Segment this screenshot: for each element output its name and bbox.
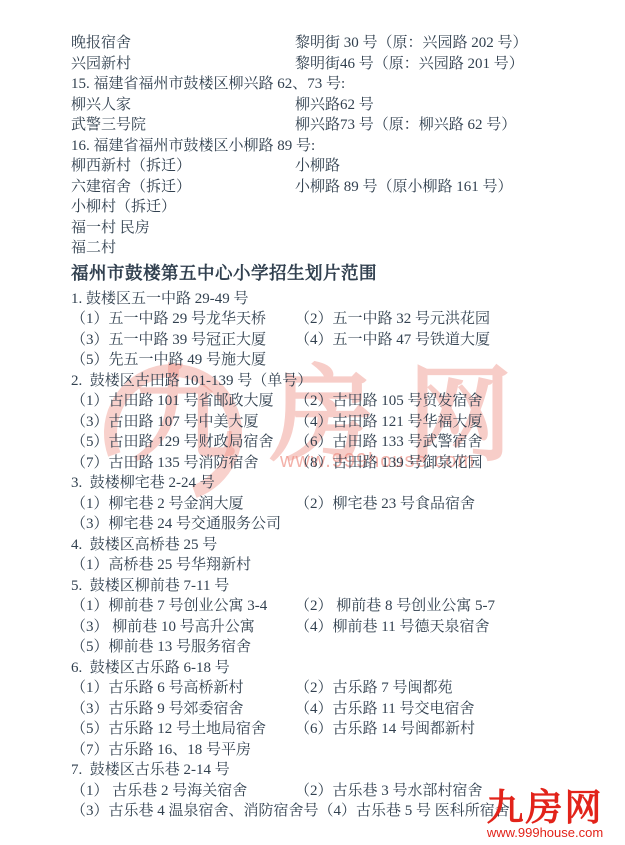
district-row: （3）古乐路 9 号郊委宿舍 （4）古乐路 11 号交电宿舍	[71, 699, 615, 720]
district-row: （5）先五一中路 49 号施大厦	[71, 350, 615, 371]
district-row: 6. 鼓楼区古乐路 6-18 号	[71, 658, 615, 679]
district-row: （7）古乐路 16、18 号平房	[71, 740, 615, 761]
district-left: （5）柳前巷 13 号服务宿舍	[71, 637, 295, 658]
address-row: 小柳村（拆迁）	[71, 197, 615, 218]
district-left: （1）古乐路 6 号高桥新村	[71, 678, 295, 699]
address-row: 武警三号院 柳兴路73 号（原：柳兴路 62 号）	[71, 115, 615, 136]
district-row: （1）古乐路 6 号高桥新村 （2）古乐路 7 号闽都苑	[71, 678, 615, 699]
site-logo: 九房网 www.999house.com	[469, 789, 621, 840]
district-right: （2）古乐路 7 号闽都苑	[295, 678, 453, 699]
district-row: （3） 柳前巷 10 号高升公寓 （4）柳前巷 11 号德天泉宿舍	[71, 617, 615, 638]
site-logo-text: 九房网	[469, 789, 621, 826]
district-row: 3. 鼓楼柳宅巷 2-24 号	[71, 473, 615, 494]
district-row: （7）古田路 135 号消防宿舍 （8）古田路 139 号御泉花园	[71, 453, 615, 474]
district-right: （2）古田路 105 号贸发宿舍	[295, 391, 483, 412]
district-left: （1）古田路 101 号省邮政大厦	[71, 391, 295, 412]
district-left: （3）古乐巷 4 温泉宿舍、消防宿舍号	[71, 801, 319, 822]
district-right: （4）五一中路 47 号铁道大厦	[295, 330, 490, 351]
district-list: 1. 鼓楼区五一中路 29-49 号 （1）五一中路 29 号龙华天桥 （2）五…	[71, 289, 615, 822]
district-left: （3）五一中路 39 号冠正大厦	[71, 330, 295, 351]
address-right: 小柳路	[295, 156, 340, 177]
address-row: 福二村	[71, 238, 615, 259]
document-content: 晚报宿舍 黎明街 30 号（原：兴园路 202 号） 兴园新村 黎明街46 号（…	[71, 33, 615, 822]
district-left: （7）古田路 135 号消防宿舍	[71, 453, 295, 474]
address-left: 小柳村（拆迁）	[71, 197, 295, 218]
district-right: （4）柳前巷 11 号德天泉宿舍	[295, 617, 489, 638]
district-left: 4. 鼓楼区高桥巷 25 号	[71, 535, 295, 556]
address-row: 15. 福建省福州市鼓楼区柳兴路 62、73 号:	[71, 74, 615, 95]
district-right: （2）柳宅巷 23 号食品宿舍	[295, 494, 475, 515]
district-row: （1）柳宅巷 2 号金润大厦 （2）柳宅巷 23 号食品宿舍	[71, 494, 615, 515]
district-right: （6）古田路 133 号武警宿舍	[295, 432, 483, 453]
district-row: 2. 鼓楼区古田路 101-139 号（单号）	[71, 371, 615, 392]
district-left: （3）古田路 107 号中美大厦	[71, 412, 295, 433]
address-right: 柳兴路62 号	[295, 95, 374, 116]
district-row: （5）柳前巷 13 号服务宿舍	[71, 637, 615, 658]
district-row: 1. 鼓楼区五一中路 29-49 号	[71, 289, 615, 310]
district-left: 2. 鼓楼区古田路 101-139 号（单号）	[71, 371, 312, 392]
site-logo-url: www.999house.com	[469, 826, 621, 840]
district-right: （4）古田路 121 号华福大厦	[295, 412, 483, 433]
district-left: 1. 鼓楼区五一中路 29-49 号	[71, 289, 295, 310]
district-left: 6. 鼓楼区古乐路 6-18 号	[71, 658, 295, 679]
district-left: （5）先五一中路 49 号施大厦	[71, 350, 295, 371]
district-row: 4. 鼓楼区高桥巷 25 号	[71, 535, 615, 556]
district-left: （7）古乐路 16、18 号平房	[71, 740, 295, 761]
address-left: 福二村	[71, 238, 295, 259]
address-left: 柳兴人家	[71, 95, 295, 116]
address-left: 16. 福建省福州市鼓楼区小柳路 89 号:	[71, 136, 315, 157]
district-left: （3）古乐路 9 号郊委宿舍	[71, 699, 295, 720]
district-right: （2） 柳前巷 8 号创业公寓 5-7	[295, 596, 495, 617]
address-row: 柳兴人家 柳兴路62 号	[71, 95, 615, 116]
address-row: 福一村 民房	[71, 218, 615, 239]
district-left: （1）五一中路 29 号龙华天桥	[71, 309, 295, 330]
district-row: （1）柳前巷 7 号创业公寓 3-4 （2） 柳前巷 8 号创业公寓 5-7	[71, 596, 615, 617]
district-row: （5）古乐路 12 号土地局宿舍 （6）古乐路 14 号闽都新村	[71, 719, 615, 740]
address-row: 晚报宿舍 黎明街 30 号（原：兴园路 202 号）	[71, 33, 615, 54]
address-row: 兴园新村 黎明街46 号（原：兴园路 201 号）	[71, 54, 615, 75]
district-row: （5）古田路 129 号财政局宿舍 （6）古田路 133 号武警宿舍	[71, 432, 615, 453]
district-right: （8）古田路 139 号御泉花园	[295, 453, 483, 474]
district-right: （2）古乐巷 3 号水部村宿舍	[295, 781, 483, 802]
district-left: 7. 鼓楼区古乐巷 2-14 号	[71, 760, 295, 781]
address-right: 黎明街 30 号（原：兴园路 202 号）	[295, 33, 528, 54]
district-row: （1）高桥巷 25 号华翔新村	[71, 555, 615, 576]
district-row: （3）柳宅巷 24 号交通服务公司	[71, 514, 615, 535]
district-row: 5. 鼓楼区柳前巷 7-11 号	[71, 576, 615, 597]
district-left: 5. 鼓楼区柳前巷 7-11 号	[71, 576, 295, 597]
district-left: （3） 柳前巷 10 号高升公寓	[71, 617, 295, 638]
address-left: 武警三号院	[71, 115, 295, 136]
page-title: 福州市鼓楼第五中心小学招生划片范围	[71, 262, 615, 285]
district-left: （3）柳宅巷 24 号交通服务公司	[71, 514, 295, 535]
district-left: （1） 古乐巷 2 号海关宿舍	[71, 781, 295, 802]
address-right: 小柳路 89 号（原小柳路 161 号）	[295, 177, 513, 198]
district-left: （1）柳前巷 7 号创业公寓 3-4	[71, 596, 295, 617]
address-right: 黎明街46 号（原：兴园路 201 号）	[295, 54, 524, 75]
district-row: （1）古田路 101 号省邮政大厦 （2）古田路 105 号贸发宿舍	[71, 391, 615, 412]
address-row: 16. 福建省福州市鼓楼区小柳路 89 号:	[71, 136, 615, 157]
district-row: （3）五一中路 39 号冠正大厦 （4）五一中路 47 号铁道大厦	[71, 330, 615, 351]
address-row: 柳西新村（拆迁） 小柳路	[71, 156, 615, 177]
district-right: （2）五一中路 32 号元洪花园	[295, 309, 490, 330]
district-right: （6）古乐路 14 号闽都新村	[295, 719, 475, 740]
address-row: 六建宿舍（拆迁） 小柳路 89 号（原小柳路 161 号）	[71, 177, 615, 198]
top-address-list: 晚报宿舍 黎明街 30 号（原：兴园路 202 号） 兴园新村 黎明街46 号（…	[71, 33, 615, 259]
district-left: （5）古乐路 12 号土地局宿舍	[71, 719, 295, 740]
district-left: （1）高桥巷 25 号华翔新村	[71, 555, 295, 576]
district-row: （1）五一中路 29 号龙华天桥 （2）五一中路 32 号元洪花园	[71, 309, 615, 330]
address-left: 兴园新村	[71, 54, 295, 75]
district-left: 3. 鼓楼柳宅巷 2-24 号	[71, 473, 295, 494]
address-left: 15. 福建省福州市鼓楼区柳兴路 62、73 号:	[71, 74, 345, 95]
district-left: （1）柳宅巷 2 号金润大厦	[71, 494, 295, 515]
address-left: 晚报宿舍	[71, 33, 295, 54]
document-page: 九房网 www.999house.com 晚报宿舍 黎明街 30 号（原：兴园路…	[0, 0, 625, 845]
district-right: （4）古乐路 11 号交电宿舍	[295, 699, 474, 720]
district-row: （3）古田路 107 号中美大厦 （4）古田路 121 号华福大厦	[71, 412, 615, 433]
district-row: 7. 鼓楼区古乐巷 2-14 号	[71, 760, 615, 781]
address-left: 六建宿舍（拆迁）	[71, 177, 295, 198]
address-left: 福一村 民房	[71, 218, 295, 239]
address-right: 柳兴路73 号（原：柳兴路 62 号）	[295, 115, 516, 136]
district-left: （5）古田路 129 号财政局宿舍	[71, 432, 295, 453]
address-left: 柳西新村（拆迁）	[71, 156, 295, 177]
